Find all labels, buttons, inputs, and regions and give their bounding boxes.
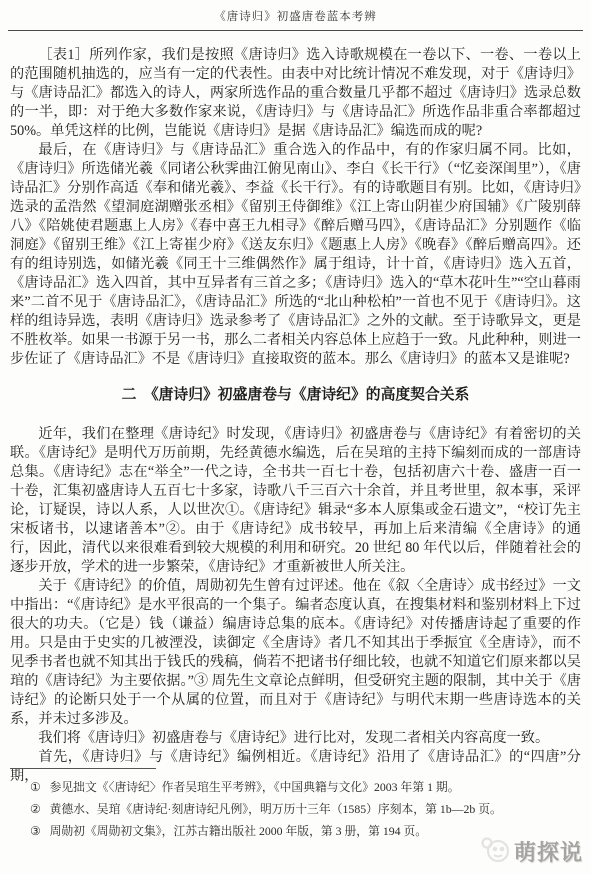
watermark: 萌探说	[478, 834, 583, 869]
page-header-title: 《唐诗归》初盛唐卷蓝本考辨	[0, 0, 591, 24]
article-body: ［表1］所列作家，我们是按照《唐诗归》选入诗歌规模在一卷以下、一卷、一卷以上的范…	[10, 46, 581, 786]
footnote: ② 黄德水、吴琯《唐诗纪·刻唐诗纪凡例》，明万历十三年（1585）序刻本，第 1…	[10, 801, 581, 817]
paragraph: 最后，在《唐诗归》与《唐诗品汇》重合选入的作品中，有的作家归属不同。比如，《唐诗…	[10, 141, 581, 369]
document-page: 《唐诗归》初盛唐卷蓝本考辨 ［表1］所列作家，我们是按照《唐诗归》选入诗歌规模在…	[0, 0, 591, 874]
header-rule	[8, 30, 583, 31]
paragraph: 我们将《唐诗归》初盛唐卷与《唐诗纪》进行比对，发现二者相关内容高度一致。	[10, 729, 581, 748]
paragraph: 关于《唐诗纪》的价值，周勋初先生曾有过评述。他在《叙〈全唐诗〉成书经过》一文中指…	[10, 577, 581, 729]
footnote-text: 参见拙文《〈唐诗纪〉作者吴琯生平考辨》，《中国典籍与文化》2003 年第 1 期…	[50, 779, 581, 795]
paragraph: 近年，我们在整理《唐诗纪》时发现，《唐诗归》初盛唐卷与《唐诗纪》有着密切的关联。…	[10, 425, 581, 577]
footnote-marker: ①	[30, 779, 41, 795]
watermark-face-icon	[478, 834, 520, 869]
paragraph: ［表1］所列作家，我们是按照《唐诗归》选入诗歌规模在一卷以下、一卷、一卷以上的范…	[10, 46, 581, 141]
footnote: ① 参见拙文《〈唐诗纪〉作者吴琯生平考辨》，《中国典籍与文化》2003 年第 1…	[10, 779, 581, 795]
footnote-divider	[10, 768, 156, 769]
watermark-text: 萌探说	[514, 836, 583, 867]
section-heading: 二 《唐诗归》初盛唐卷与《唐诗纪》的高度契合关系	[10, 386, 581, 405]
footnote-text: 黄德水、吴琯《唐诗纪·刻唐诗纪凡例》，明万历十三年（1585）序刻本，第 1b—…	[50, 801, 581, 817]
footnote-marker: ③	[30, 823, 41, 839]
footnote-marker: ②	[30, 801, 41, 817]
